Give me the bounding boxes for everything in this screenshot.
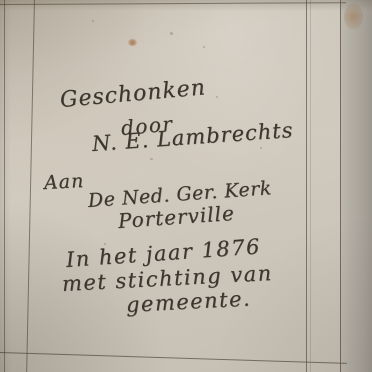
right-margin-line-inner-double	[310, 0, 311, 372]
paper-speck	[92, 20, 94, 22]
page-right-edge	[341, 0, 372, 372]
right-margin-line-outer	[340, 0, 341, 372]
ledger-page-photo: Geschonken door N. E. Lambrechts Aan De …	[0, 0, 372, 372]
paper-speck	[260, 147, 262, 149]
paper-speck	[203, 46, 205, 48]
rust-stain-spot	[128, 39, 137, 46]
left-margin-line-inner	[26, 0, 35, 372]
inscription-donated-word: Geschonken	[59, 75, 207, 113]
inscription-gemeente-word: gemeente.	[125, 286, 251, 317]
right-margin-line-inner	[306, 0, 307, 372]
paper-speck	[150, 158, 153, 160]
bottom-rule-line	[0, 352, 347, 364]
inscription-aan-word: Aan	[43, 170, 84, 194]
top-rule-line	[0, 2, 346, 5]
paper-speck	[170, 32, 173, 35]
left-margin-line-outer	[4, 0, 5, 372]
paper-speck	[216, 96, 218, 98]
